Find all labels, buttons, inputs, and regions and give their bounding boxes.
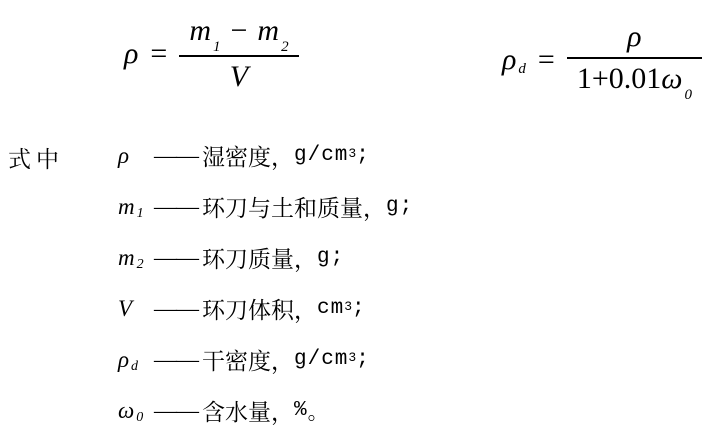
definition-text: 环刀体积， <box>202 292 317 325</box>
symbol-subscript: 2 <box>137 257 144 273</box>
definition-text: 环刀与土和质量， <box>202 190 386 223</box>
em-dash: —— <box>154 194 198 220</box>
mass2-symbol: m <box>257 14 279 47</box>
definition-row-mass2: m2 —— 环刀质量， g; <box>118 232 412 283</box>
volume-symbol: V <box>118 296 132 322</box>
em-dash: —— <box>154 347 198 373</box>
water-content-symbol: ω <box>661 62 682 95</box>
fraction-numerator: m1−m2 <box>179 14 298 55</box>
symbol: m1 <box>118 194 154 220</box>
symbol: ω0 <box>118 398 154 424</box>
mass1-symbol: m <box>189 14 211 47</box>
formula-dry-density: ρd = ρ 1+0.01ω0 <box>502 20 702 100</box>
formula-wet-density: ρ = m1−m2 V <box>124 14 299 94</box>
denominator-constant: 1+0.01 <box>577 62 661 95</box>
definition-row-water-content: ω0 —— 含水量， %。 <box>118 385 412 436</box>
where-label: 式中 <box>8 141 64 174</box>
fraction-denominator: 1+0.01ω0 <box>567 57 702 100</box>
mass2-subscript: 2 <box>281 39 289 55</box>
symbol-subscript: d <box>131 359 138 375</box>
dry-density-symbol: ρ <box>502 43 516 77</box>
equals-sign: = <box>150 37 167 71</box>
definition-row-wet-density: ρ —— 湿密度， g/cm3; <box>118 130 412 181</box>
fraction-denominator volume-symbol: V <box>179 55 298 94</box>
symbol: ρd <box>118 347 154 373</box>
dry-density-symbol: ρ <box>118 347 129 373</box>
wet-density-symbol: ρ <box>124 37 138 71</box>
unit: cm <box>317 297 344 320</box>
em-dash: —— <box>154 143 198 169</box>
separator: ; <box>356 144 369 167</box>
unit: % <box>294 399 308 422</box>
definition-text: 含水量， <box>202 394 294 427</box>
fraction: m1−m2 V <box>179 14 298 94</box>
unit: g <box>386 195 400 218</box>
definition-row-mass1: m1 —— 环刀与土和质量， g; <box>118 181 412 232</box>
mass2-symbol: m <box>118 245 135 271</box>
symbol-subscript: 1 <box>137 206 144 222</box>
separator: 。 <box>308 396 329 426</box>
dry-density-symbol-group: ρd <box>502 43 526 77</box>
symbol-subscript: 0 <box>136 410 143 426</box>
mass1-subscript: 1 <box>213 39 221 55</box>
unit-superscript: 3 <box>344 299 352 314</box>
separator: ; <box>400 195 413 218</box>
minus-sign: − <box>231 14 248 47</box>
equals-sign: = <box>538 43 555 77</box>
definition-text: 湿密度， <box>202 139 294 172</box>
water-content-subscript: 0 <box>684 87 692 103</box>
em-dash: —— <box>154 296 198 322</box>
definition-row-volume: V —— 环刀体积， cm3; <box>118 283 412 334</box>
symbol: m2 <box>118 245 154 271</box>
symbol: V <box>118 296 154 322</box>
definition-text: 干密度， <box>202 343 294 376</box>
separator: ; <box>356 348 369 371</box>
definitions-list: ρ —— 湿密度， g/cm3; m1 —— 环刀与土和质量， g; m2 ——… <box>118 130 412 436</box>
unit-superscript: 3 <box>348 146 356 161</box>
separator: ; <box>352 297 365 320</box>
mass1-symbol: m <box>118 194 135 220</box>
fraction-numerator wet-density-symbol: ρ <box>617 20 651 57</box>
wet-density-symbol: ρ <box>118 143 129 169</box>
unit: g/cm <box>294 144 348 167</box>
definition-text: 环刀质量， <box>202 241 317 274</box>
unit: g/cm <box>294 348 348 371</box>
em-dash: —— <box>154 245 198 271</box>
unit: g <box>317 246 331 269</box>
em-dash: —— <box>154 398 198 424</box>
fraction: ρ 1+0.01ω0 <box>567 20 702 100</box>
water-content-symbol: ω <box>118 398 134 424</box>
separator: ; <box>331 246 344 269</box>
symbol: ρ <box>118 143 154 169</box>
unit-superscript: 3 <box>348 350 356 365</box>
dry-density-subscript: d <box>518 61 526 78</box>
definition-row-dry-density: ρd —— 干密度， g/cm3; <box>118 334 412 385</box>
